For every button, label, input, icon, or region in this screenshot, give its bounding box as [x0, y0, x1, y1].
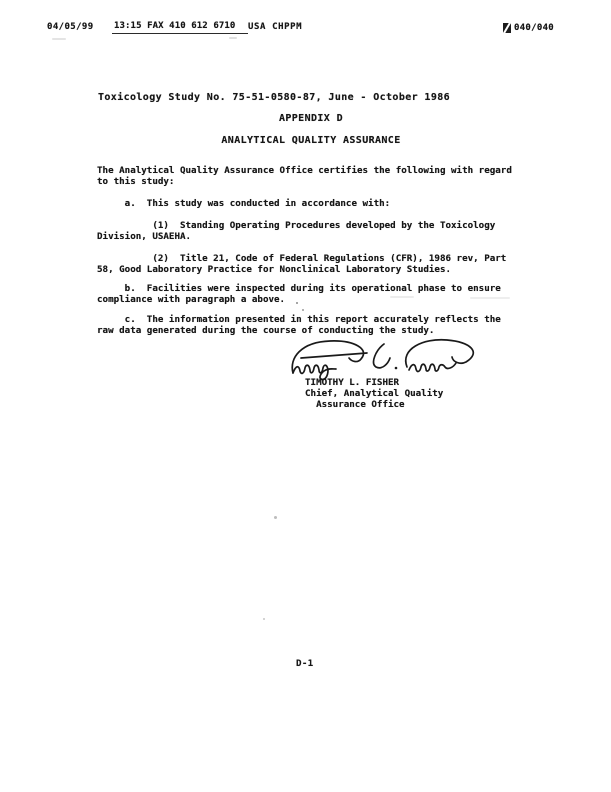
scan-streak — [229, 37, 237, 39]
fax-datetime: 04/05/99 — [47, 22, 94, 33]
paragraph-item-a1: (1) Standing Operating Procedures develo… — [97, 220, 567, 242]
page-number: D-1 — [296, 658, 314, 669]
document-title: Toxicology Study No. 75-51-0580-87, June… — [98, 92, 450, 103]
document-body: The Analytical Quality Assurance Office … — [97, 165, 567, 336]
scan-speck — [302, 309, 304, 311]
paragraph-intro: The Analytical Quality Assurance Office … — [97, 165, 567, 187]
fax-document-page: 04/05/99 13:15 FAX 410 612 6710 USA CHPP… — [0, 0, 611, 792]
scan-speck — [296, 302, 298, 304]
signature-script — [286, 336, 491, 382]
page-icon — [503, 23, 511, 33]
paragraph-item-c: c. The information presented in this rep… — [97, 314, 567, 336]
fax-number-line: 13:15 FAX 410 612 6710 — [112, 21, 248, 34]
paragraph-item-a: a. This study was conducted in accordanc… — [97, 198, 567, 209]
signature-title-line1: Chief, Analytical Quality — [305, 388, 443, 399]
fax-page-counter: 040/040 — [514, 23, 554, 34]
appendix-heading: APPENDIX D — [0, 113, 611, 124]
signature-title-line2: Assurance Office — [305, 399, 443, 410]
scan-streak — [52, 38, 66, 40]
section-heading: ANALYTICAL QUALITY ASSURANCE — [0, 135, 611, 146]
signature-name: TIMOTHY L. FISHER — [305, 377, 443, 388]
scan-streak — [470, 297, 510, 299]
scan-streak — [390, 296, 414, 298]
paragraph-item-a2: (2) Title 21, Code of Federal Regulation… — [97, 253, 567, 275]
signature-block: TIMOTHY L. FISHER Chief, Analytical Qual… — [305, 377, 443, 410]
scan-speck — [274, 516, 277, 519]
scan-speck — [263, 618, 265, 620]
paragraph-item-b: b. Facilities were inspected during its … — [97, 283, 567, 305]
fax-header: 04/05/99 13:15 FAX 410 612 6710 USA CHPP… — [0, 0, 611, 46]
fax-station-name: USA CHPPM — [248, 22, 302, 33]
